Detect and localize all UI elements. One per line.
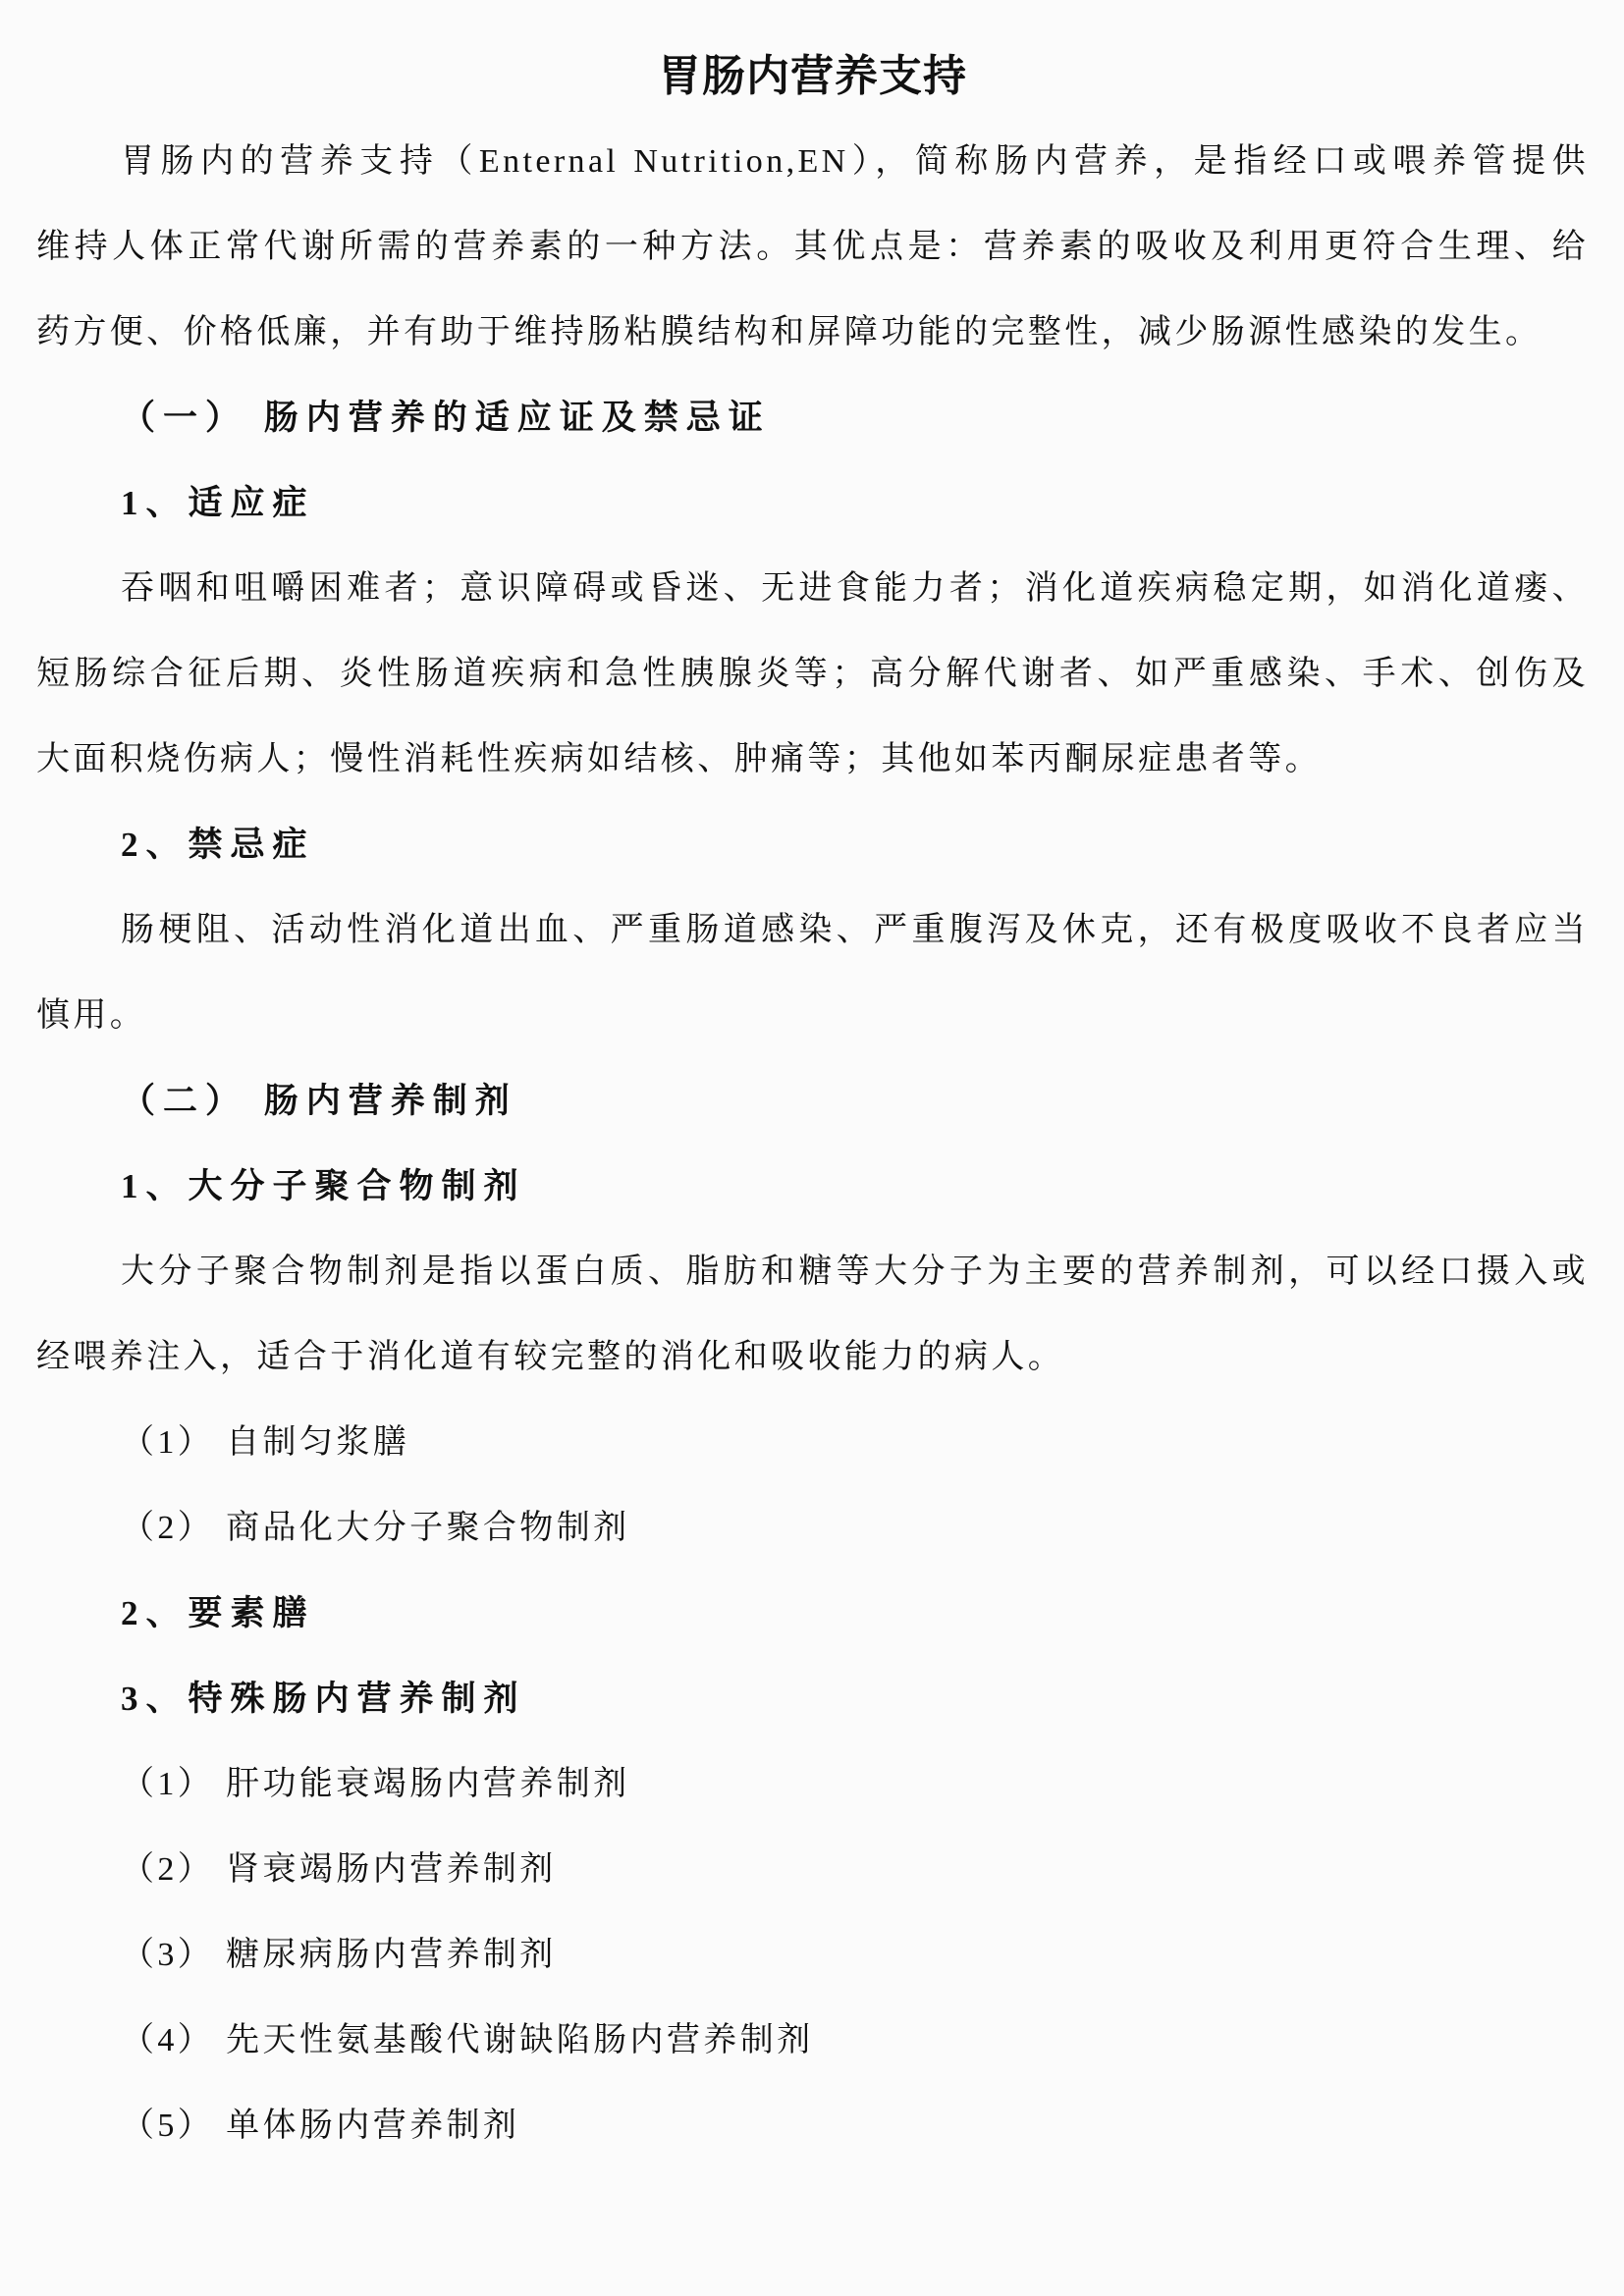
section-heading: 1、大分子聚合物制剂 (36, 1144, 1589, 1229)
list-item: （1） 肝功能衰竭肠内营养制剂 (36, 1741, 1589, 1827)
document-body: 胃肠内的营养支持（Enternal Nutrition,EN），简称肠内营养，是… (36, 119, 1589, 2168)
paragraph-line: 肠梗阻、活动性消化道出血、严重肠道感染、严重腹泻及休克，还有极度吸收不良者应当 (36, 887, 1589, 973)
section-heading: 2、禁忌症 (36, 802, 1589, 887)
page-title: 胃肠内营养支持 (36, 33, 1589, 119)
paragraph-line: 维持人体正常代谢所需的营养素的一种方法。其优点是：营养素的吸收及利用更符合生理、… (36, 204, 1589, 290)
item-line: （5） 单体肠内营养制剂 (36, 2083, 1589, 2168)
section-heading: 1、适应症 (36, 460, 1589, 546)
paragraph-line: 药方便、价格低廉，并有助于维持肠粘膜结构和屏障功能的完整性，减少肠源性感染的发生… (36, 290, 1589, 375)
item-line: （1） 自制匀浆膳 (36, 1400, 1589, 1485)
list-item: （1） 自制匀浆膳 (36, 1400, 1589, 1485)
item-line: （1） 肝功能衰竭肠内营养制剂 (36, 1741, 1589, 1827)
heading-line: 1、大分子聚合物制剂 (36, 1144, 1589, 1229)
paragraph: 胃肠内的营养支持（Enternal Nutrition,EN），简称肠内营养，是… (36, 119, 1589, 375)
paragraph-line: 大分子聚合物制剂是指以蛋白质、脂肪和糖等大分子为主要的营养制剂，可以经口摄入或 (36, 1229, 1589, 1314)
heading-line: 1、适应症 (36, 460, 1589, 546)
paragraph: 肠梗阻、活动性消化道出血、严重肠道感染、严重腹泻及休克，还有极度吸收不良者应当慎… (36, 887, 1589, 1058)
paragraph-line: 短肠综合征后期、炎性肠道疾病和急性胰腺炎等；高分解代谢者、如严重感染、手术、创伤… (36, 631, 1589, 717)
item-line: （3） 糖尿病肠内营养制剂 (36, 1912, 1589, 1998)
paragraph: 大分子聚合物制剂是指以蛋白质、脂肪和糖等大分子为主要的营养制剂，可以经口摄入或经… (36, 1229, 1589, 1400)
item-line: （2） 肾衰竭肠内营养制剂 (36, 1827, 1589, 1912)
list-item: （5） 单体肠内营养制剂 (36, 2083, 1589, 2168)
list-item: （4） 先天性氨基酸代谢缺陷肠内营养制剂 (36, 1998, 1589, 2083)
paragraph: 吞咽和咀嚼困难者；意识障碍或昏迷、无进食能力者；消化道疾病稳定期，如消化道瘘、短… (36, 546, 1589, 802)
heading-line: 3、特殊肠内营养制剂 (36, 1656, 1589, 1741)
section-heading: 3、特殊肠内营养制剂 (36, 1656, 1589, 1741)
heading-line: （一） 肠内营养的适应证及禁忌证 (36, 375, 1589, 460)
list-item: （3） 糖尿病肠内营养制剂 (36, 1912, 1589, 1998)
list-item: （2） 商品化大分子聚合物制剂 (36, 1485, 1589, 1571)
section-heading: 2、要素膳 (36, 1571, 1589, 1656)
item-line: （4） 先天性氨基酸代谢缺陷肠内营养制剂 (36, 1998, 1589, 2083)
heading-line: 2、禁忌症 (36, 802, 1589, 887)
item-line: （2） 商品化大分子聚合物制剂 (36, 1485, 1589, 1571)
section-heading: （一） 肠内营养的适应证及禁忌证 (36, 375, 1589, 460)
heading-line: （二） 肠内营养制剂 (36, 1058, 1589, 1144)
paragraph-line: 大面积烧伤病人；慢性消耗性疾病如结核、肿痛等；其他如苯丙酮尿症患者等。 (36, 717, 1589, 802)
paragraph-line: 吞咽和咀嚼困难者；意识障碍或昏迷、无进食能力者；消化道疾病稳定期，如消化道瘘、 (36, 546, 1589, 631)
section-heading: （二） 肠内营养制剂 (36, 1058, 1589, 1144)
heading-line: 2、要素膳 (36, 1571, 1589, 1656)
paragraph-line: 经喂养注入，适合于消化道有较完整的消化和吸收能力的病人。 (36, 1314, 1589, 1400)
paragraph-line: 胃肠内的营养支持（Enternal Nutrition,EN），简称肠内营养，是… (36, 119, 1589, 204)
document-page: 胃肠内营养支持 胃肠内的营养支持（Enternal Nutrition,EN），… (0, 0, 1624, 2296)
list-item: （2） 肾衰竭肠内营养制剂 (36, 1827, 1589, 1912)
paragraph-line: 慎用。 (36, 973, 1589, 1058)
